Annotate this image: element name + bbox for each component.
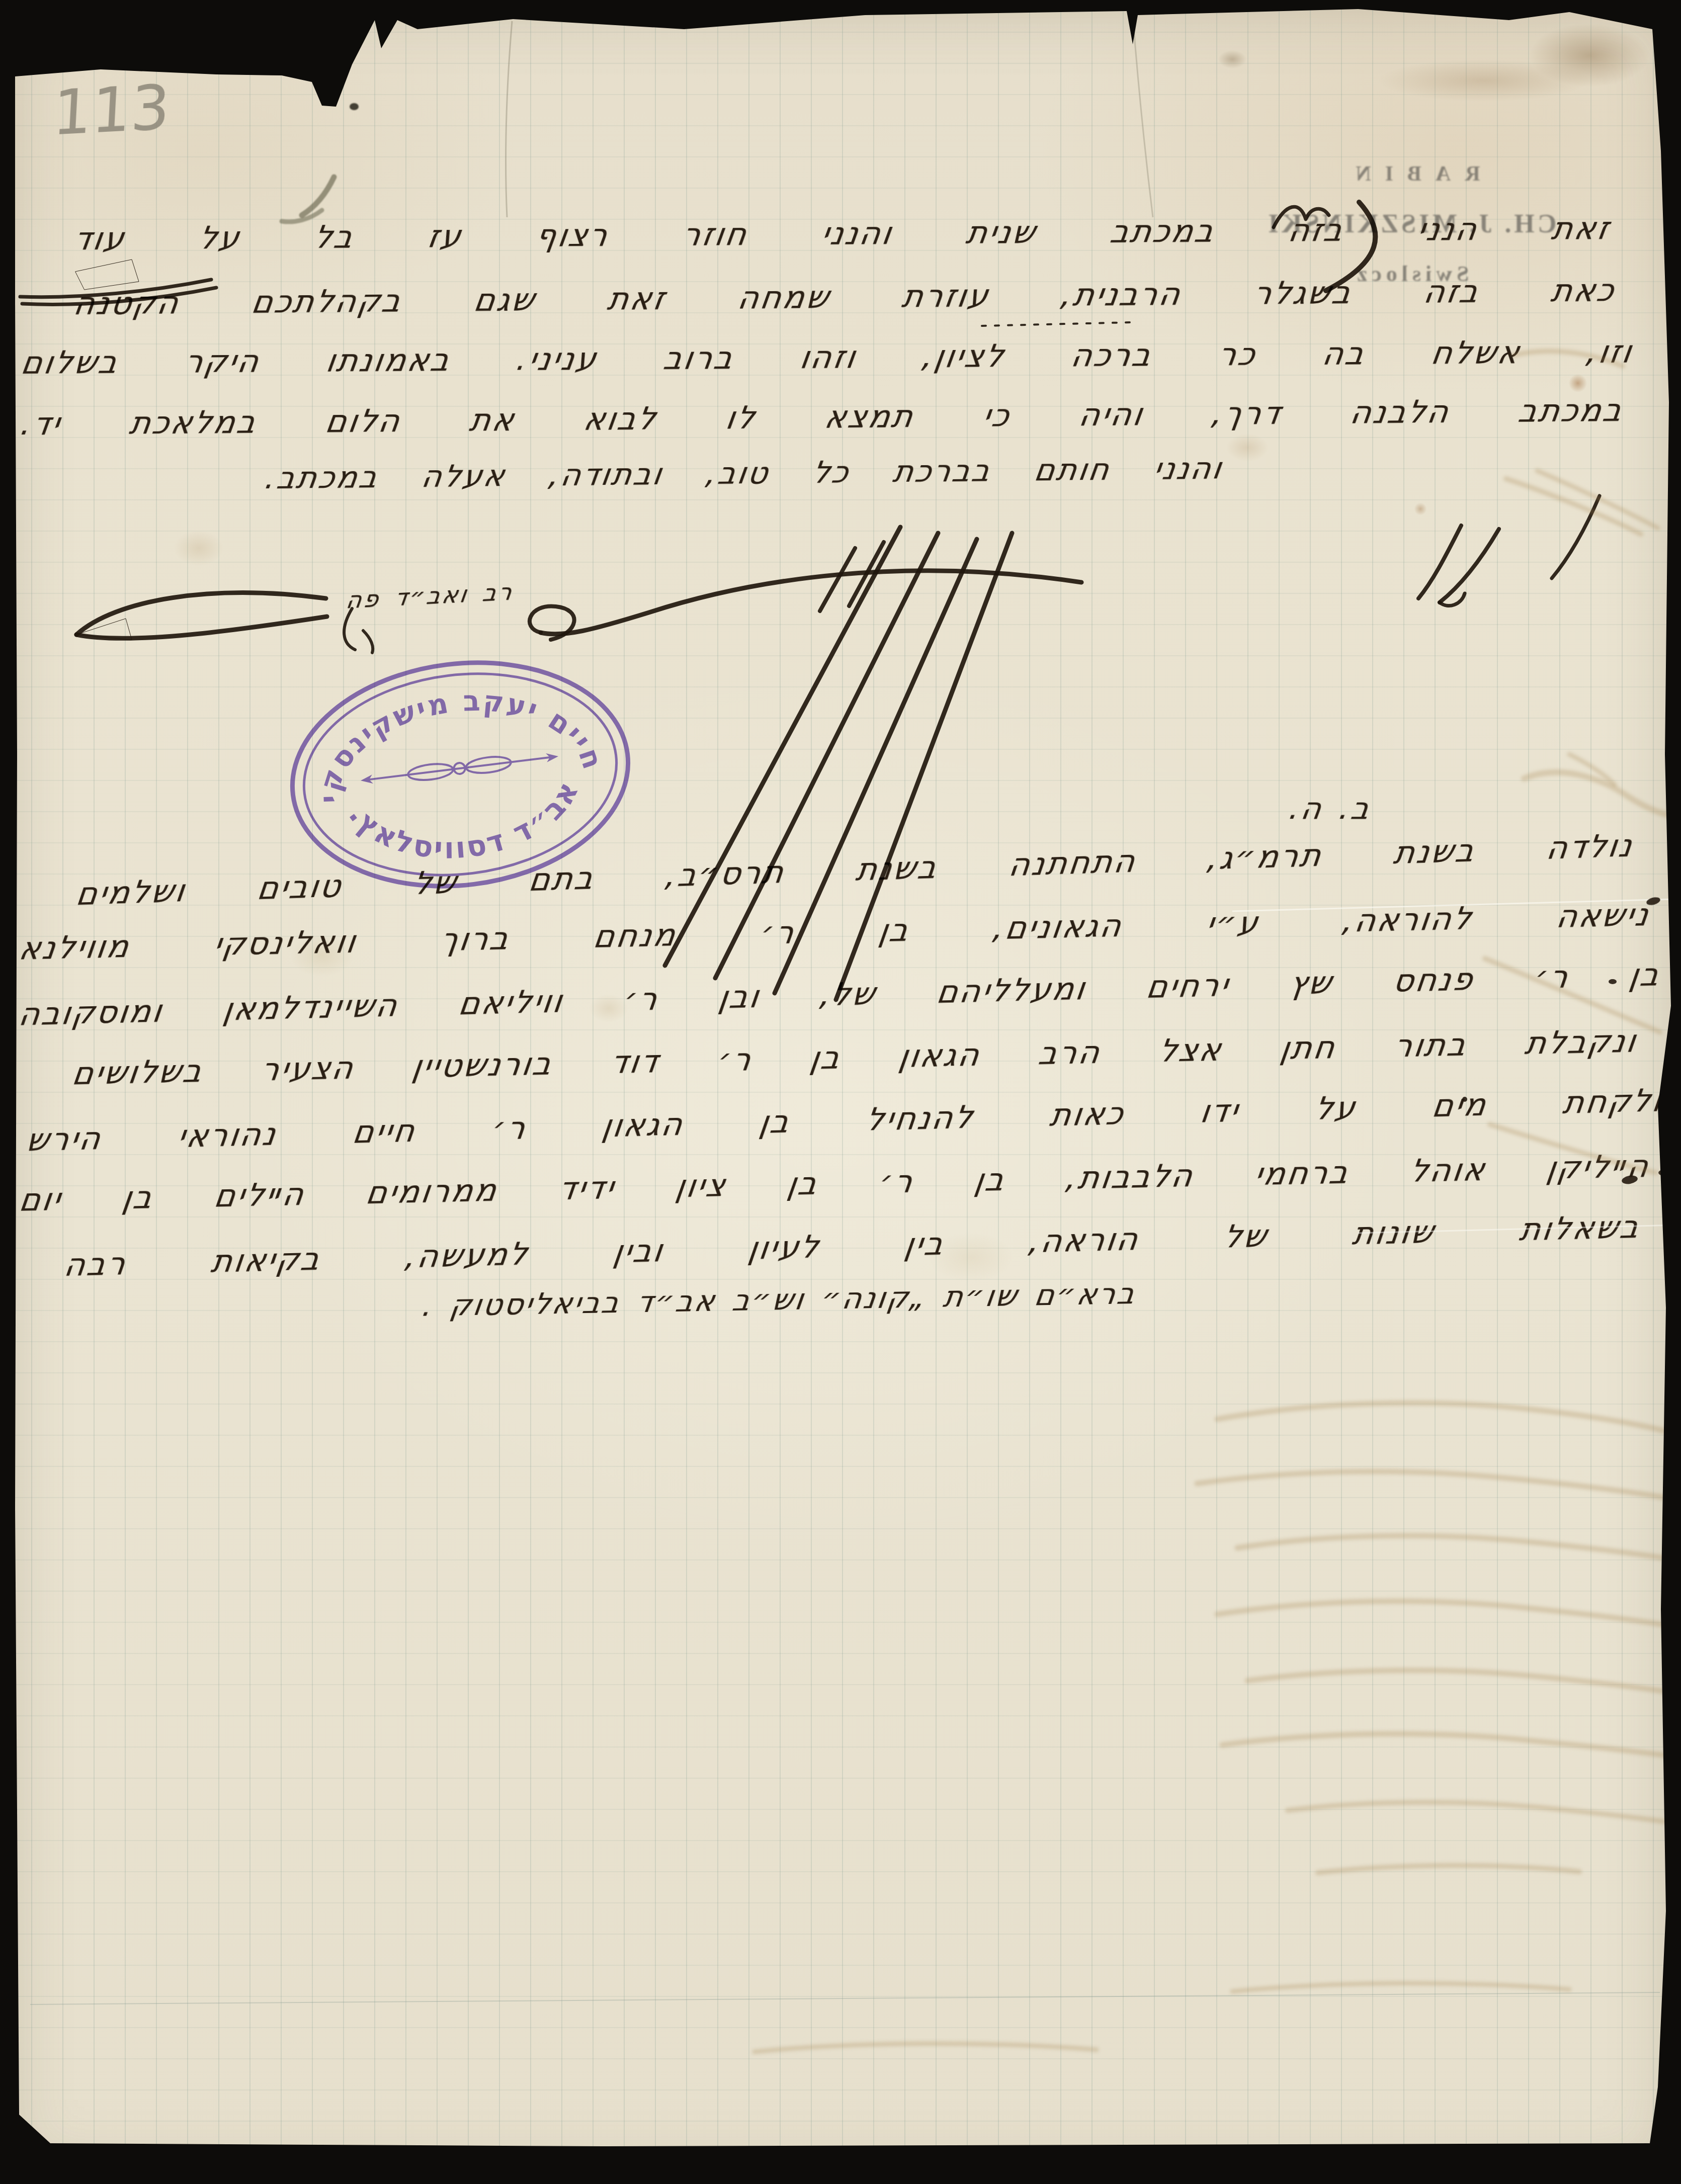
scanned-letter-page: 113 RABIN CH. J. MISZKINSKI Swislocz זאת… bbox=[0, 0, 1681, 2184]
section-mark: ב. ה. bbox=[1277, 792, 1384, 825]
paper-sheet: 113 RABIN CH. J. MISZKINSKI Swislocz זאת… bbox=[0, 0, 1681, 2184]
ghost-letterhead-town: RABIN bbox=[1235, 162, 1587, 186]
folio-page-number: 113 bbox=[51, 71, 172, 149]
